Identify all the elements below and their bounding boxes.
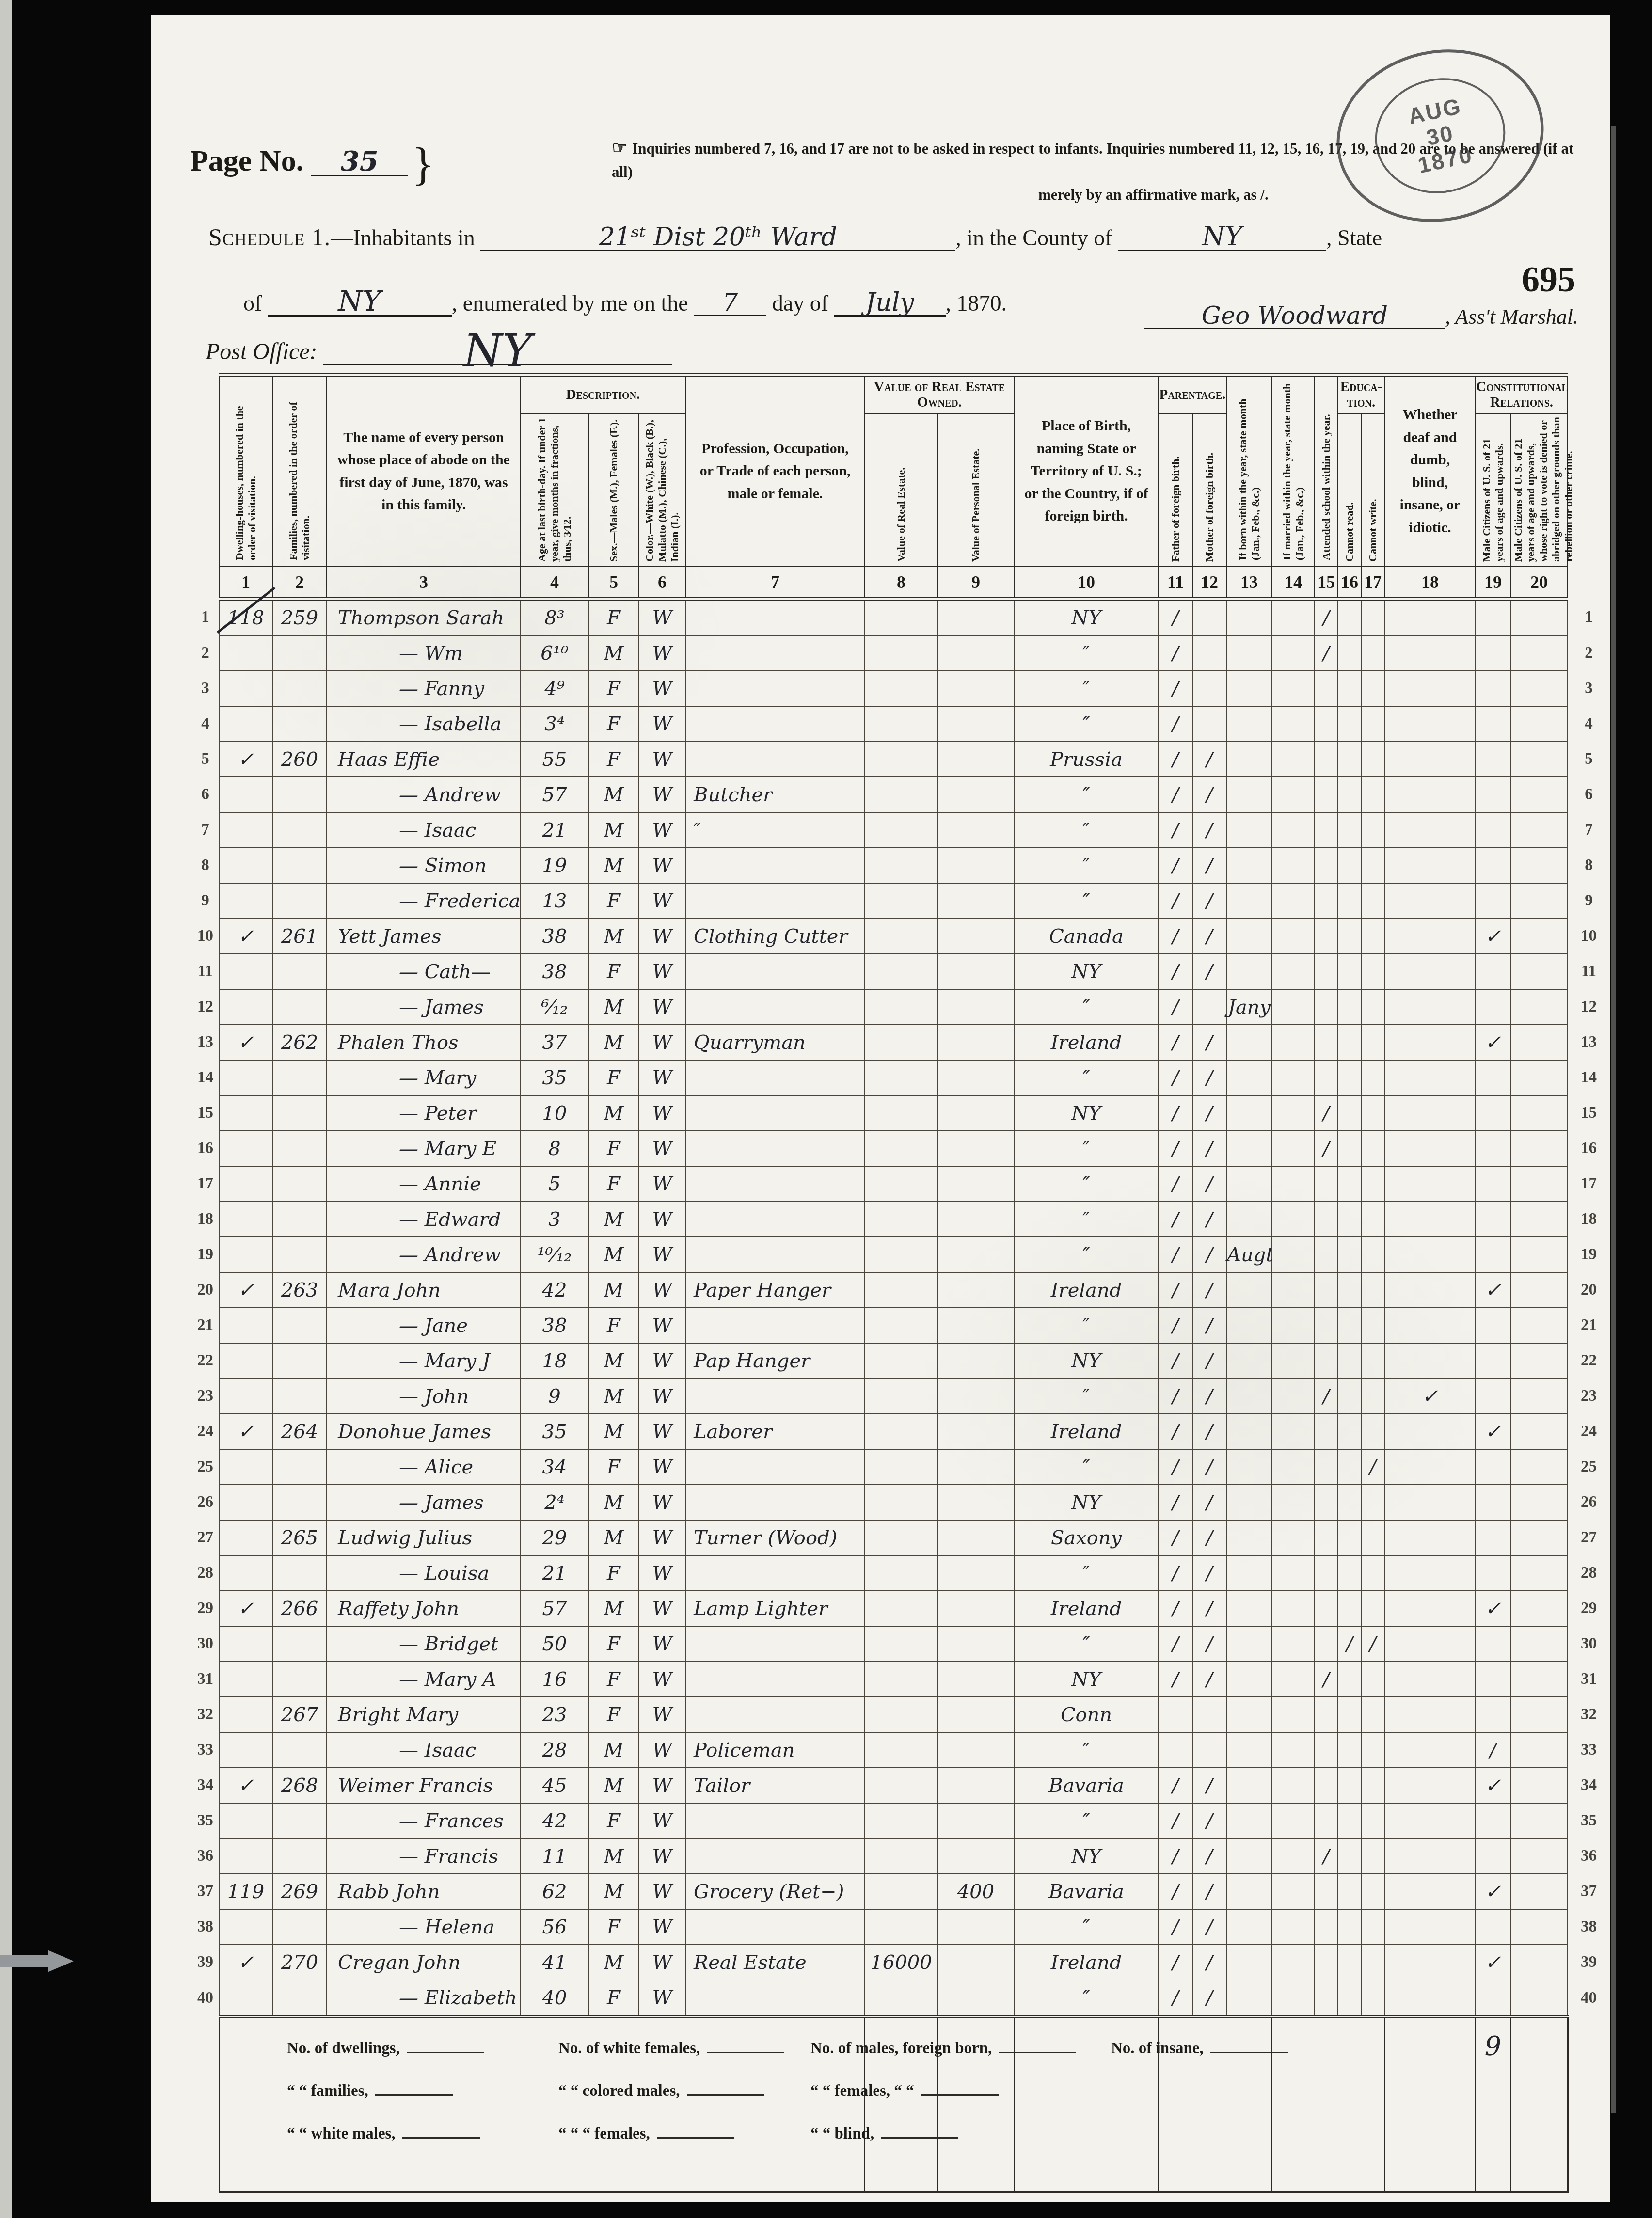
column-heading-15: Attended school within the year.: [1315, 375, 1338, 567]
cell-personal_estate: [937, 1732, 1014, 1768]
cell-c13: [1226, 1662, 1272, 1697]
cell-c20: [1510, 919, 1568, 954]
cell-name: — Helena: [327, 1909, 521, 1945]
cell-dwelling: [219, 1378, 272, 1414]
cell-c19: [1476, 635, 1510, 671]
cell-name: — Alice: [327, 1449, 521, 1485]
cell-c14: [1272, 1520, 1315, 1555]
cell-c20: [1510, 1662, 1568, 1697]
insane-count: 9: [1476, 2017, 1510, 2192]
cell-c12: /: [1192, 1520, 1226, 1555]
cell-age: 57: [521, 1591, 588, 1626]
line-number-left: 40: [192, 1980, 219, 2017]
cell-real_estate: [865, 954, 937, 989]
cell-c14: [1272, 1378, 1315, 1414]
cell-color: W: [639, 1343, 685, 1378]
cell-c18: [1384, 1414, 1476, 1449]
column-number: 4: [521, 567, 588, 599]
cell-real_estate: [865, 706, 937, 742]
cell-c19: [1476, 1237, 1510, 1272]
column-heading-14: If married within the year, state month …: [1272, 375, 1315, 567]
cell-sex: M: [588, 1485, 639, 1520]
cell-dwelling: 119: [219, 1874, 272, 1909]
cell-c17: [1361, 706, 1384, 742]
cell-c11: /: [1159, 919, 1192, 954]
cell-age: 3: [521, 1202, 588, 1237]
cell-name: Ludwig Julius: [327, 1520, 521, 1555]
cell-c17: [1361, 1272, 1384, 1308]
cell-real_estate: [865, 1768, 937, 1803]
cell-c16: [1338, 1803, 1361, 1838]
cell-c17: [1361, 1060, 1384, 1095]
cell-real_estate: [865, 1272, 937, 1308]
cell-c12: /: [1192, 1874, 1226, 1909]
cell-c14: [1272, 1838, 1315, 1874]
schedule-label: Schedule 1.: [208, 223, 331, 251]
cell-c17: [1361, 1414, 1384, 1449]
cell-c13: [1226, 1980, 1272, 2017]
cell-c11: /: [1159, 1980, 1192, 2017]
cell-real_estate: [865, 1131, 937, 1166]
table-row: 22— Mary J18MWPap HangerNY//22: [192, 1343, 1609, 1378]
cell-personal_estate: [937, 1449, 1014, 1485]
cell-c19: [1476, 671, 1510, 706]
cell-c17: [1361, 1555, 1384, 1591]
cell-c14: [1272, 1272, 1315, 1308]
cell-occupation: [685, 1166, 865, 1202]
cell-c17: [1361, 1768, 1384, 1803]
cell-age: 34: [521, 1449, 588, 1485]
line-number-right: 36: [1568, 1838, 1609, 1874]
table-row: 31— Mary A16FWNY///31: [192, 1662, 1609, 1697]
line-number-right: 7: [1568, 812, 1609, 848]
cell-age: 18: [521, 1343, 588, 1378]
cell-c18: [1384, 706, 1476, 742]
cell-personal_estate: [937, 1308, 1014, 1343]
cell-personal_estate: [937, 1909, 1014, 1945]
cell-c12: /: [1192, 1838, 1226, 1874]
cell-c17: [1361, 1378, 1384, 1414]
cell-name: Thompson Sarah: [327, 599, 521, 636]
footer-stat: [1111, 2080, 1319, 2100]
cell-c14: [1272, 1343, 1315, 1378]
cell-dwelling: [219, 1202, 272, 1237]
footer-stat-label: “ “ females, “ “: [810, 2082, 914, 2100]
cell-birthplace: ″: [1014, 706, 1159, 742]
cell-occupation: Pap Hanger: [685, 1343, 865, 1378]
footer-stat-blank: [687, 2080, 764, 2096]
cell-c17: [1361, 1945, 1384, 1980]
cell-occupation: Paper Hanger: [685, 1272, 865, 1308]
cell-personal_estate: [937, 1414, 1014, 1449]
line-number-left: 36: [192, 1838, 219, 1874]
column-number: 11: [1159, 567, 1192, 599]
cell-occupation: [685, 742, 865, 777]
table-row: 37119269Rabb John62MWGrocery (Ret−)400Ba…: [192, 1874, 1609, 1909]
cell-c18: [1384, 1166, 1476, 1202]
cell-c14: [1272, 1697, 1315, 1732]
line-number-left: 16: [192, 1131, 219, 1166]
cell-color: W: [639, 1202, 685, 1237]
line-number-left: 31: [192, 1662, 219, 1697]
cell-sex: M: [588, 1838, 639, 1874]
cell-dwelling: ✓: [219, 1768, 272, 1803]
cell-name: — Wm: [327, 635, 521, 671]
scan-edge-strip: [0, 0, 12, 2218]
marshal-signature: Geo Woodward: [1144, 303, 1445, 329]
column-number: 13: [1226, 567, 1272, 599]
cell-c17: [1361, 671, 1384, 706]
cell-c15: /: [1315, 1662, 1338, 1697]
column-heading-text: Value of Real Estate.: [894, 414, 908, 564]
cell-occupation: [685, 706, 865, 742]
line-number-left: 33: [192, 1732, 219, 1768]
footer-stat-blank: [881, 2123, 958, 2139]
cell-c17: [1361, 919, 1384, 954]
cell-birthplace: NY: [1014, 954, 1159, 989]
cell-sex: F: [588, 1909, 639, 1945]
cell-color: W: [639, 954, 685, 989]
table-row: 12— James⁶⁄₁₂MW″/Jany12: [192, 989, 1609, 1025]
cell-occupation: [685, 1980, 865, 2017]
cell-family: 264: [272, 1414, 327, 1449]
cell-c20: [1510, 883, 1568, 919]
cell-c11: /: [1159, 1449, 1192, 1485]
line-number-right: 34: [1568, 1768, 1609, 1803]
cell-c19: [1476, 1378, 1510, 1414]
cell-age: 16: [521, 1662, 588, 1697]
year-label: , 1870.: [946, 291, 1007, 316]
cell-c15: /: [1315, 599, 1338, 636]
cell-birthplace: ″: [1014, 1555, 1159, 1591]
cell-c15: [1315, 1308, 1338, 1343]
line-number-left: 23: [192, 1378, 219, 1414]
cell-family: 265: [272, 1520, 327, 1555]
cell-c12: /: [1192, 1626, 1226, 1662]
cell-c13: [1226, 1520, 1272, 1555]
cell-real_estate: [865, 1060, 937, 1095]
scan-right-edge: [1611, 126, 1616, 2113]
cell-sex: M: [588, 812, 639, 848]
cell-c15: [1315, 1768, 1338, 1803]
column-heading-text: Whether deaf and dumb, blind, insane, or…: [1385, 400, 1475, 543]
cell-c20: [1510, 1874, 1568, 1909]
line-number-right: 3: [1568, 671, 1609, 706]
cell-c19: [1476, 1308, 1510, 1343]
line-number-right: 37: [1568, 1874, 1609, 1909]
cell-c17: [1361, 777, 1384, 812]
cell-c11: /: [1159, 883, 1192, 919]
cell-age: 9: [521, 1378, 588, 1414]
cell-c16: [1338, 599, 1361, 636]
column-group-real_estate: Value of Real Estate Owned.: [865, 375, 1014, 414]
cell-color: W: [639, 1060, 685, 1095]
cell-c11: [1159, 1732, 1192, 1768]
cell-c19: [1476, 1166, 1510, 1202]
table-row: 27265Ludwig Julius29MWTurner (Wood)Saxon…: [192, 1520, 1609, 1555]
cell-c14: [1272, 1060, 1315, 1095]
cell-c20: [1510, 1060, 1568, 1095]
cell-name: — Frederica: [327, 883, 521, 919]
cell-color: W: [639, 1803, 685, 1838]
cell-birthplace: NY: [1014, 1095, 1159, 1131]
cell-birthplace: Ireland: [1014, 1272, 1159, 1308]
column-heading-text: Male Citizens of U. S. of 21 years of ag…: [1479, 414, 1507, 564]
table-row: 29✓266Raffety John57MWLamp LighterIrelan…: [192, 1591, 1609, 1626]
column-group-constitutional: Constitutional Relations.: [1476, 375, 1568, 414]
cell-c16: [1338, 1662, 1361, 1697]
cell-sex: F: [588, 1697, 639, 1732]
cell-dwelling: [219, 1662, 272, 1697]
cell-occupation: [685, 1237, 865, 1272]
cell-c13: [1226, 1803, 1272, 1838]
line-number-right: 6: [1568, 777, 1609, 812]
cell-birthplace: NY: [1014, 1662, 1159, 1697]
cell-family: 260: [272, 742, 327, 777]
cell-c17: [1361, 883, 1384, 919]
cell-c20: [1510, 599, 1568, 636]
cell-c19: [1476, 1980, 1510, 2017]
cell-age: 2⁴: [521, 1485, 588, 1520]
cell-c12: /: [1192, 1378, 1226, 1414]
line-number-left: 18: [192, 1202, 219, 1237]
table-row: 40— Elizabeth40FW″//40: [192, 1980, 1609, 2017]
cell-c13: [1226, 1449, 1272, 1485]
cell-c13: Augt: [1226, 1237, 1272, 1272]
cell-birthplace: ″: [1014, 989, 1159, 1025]
table-row: 34✓268Weimer Francis45MWTailorBavaria//✓…: [192, 1768, 1609, 1803]
table-row: 3— Fanny4⁹FW″/3: [192, 671, 1609, 706]
cell-color: W: [639, 1272, 685, 1308]
column-heading-3: The name of every person whose place of …: [327, 375, 521, 567]
cell-age: 10: [521, 1095, 588, 1131]
cell-dwelling: [219, 954, 272, 989]
cell-birthplace: ″: [1014, 1202, 1159, 1237]
cell-c13: [1226, 1768, 1272, 1803]
sheet-number: 695: [1522, 259, 1575, 301]
cell-c13: [1226, 919, 1272, 954]
cell-c19: [1476, 1449, 1510, 1485]
cell-personal_estate: [937, 1272, 1014, 1308]
cell-c16: [1338, 1980, 1361, 2017]
cell-real_estate: [865, 1980, 937, 2017]
cell-c18: [1384, 1555, 1476, 1591]
column-heading-text: Profession, Occupation, or Trade of each…: [686, 434, 864, 509]
cell-c20: [1510, 989, 1568, 1025]
cell-c15: [1315, 1945, 1338, 1980]
column-number: 7: [685, 567, 865, 599]
cell-c18: [1384, 1732, 1476, 1768]
line-number-right: 19: [1568, 1237, 1609, 1272]
cell-dwelling: [219, 1520, 272, 1555]
cell-age: 57: [521, 777, 588, 812]
cell-occupation: [685, 1662, 865, 1697]
cell-birthplace: ″: [1014, 635, 1159, 671]
cell-c16: [1338, 1874, 1361, 1909]
cell-dwelling: ✓: [219, 1025, 272, 1060]
line-number-left: 1: [192, 599, 219, 636]
column-heading-18: Whether deaf and dumb, blind, insane, or…: [1384, 375, 1476, 567]
column-number: 6: [639, 567, 685, 599]
state-field: NY: [268, 287, 452, 317]
line-number-right: 1: [1568, 599, 1609, 636]
cell-c19: [1476, 1555, 1510, 1591]
post-office-line: Post Office: NY: [206, 331, 672, 365]
column-number: 8: [865, 567, 937, 599]
cell-c14: [1272, 1662, 1315, 1697]
cell-name: — Mary A: [327, 1662, 521, 1697]
cell-sex: M: [588, 1095, 639, 1131]
cell-personal_estate: [937, 1662, 1014, 1697]
cell-c15: [1315, 1414, 1338, 1449]
cell-birthplace: Ireland: [1014, 1025, 1159, 1060]
cell-c11: /: [1159, 1025, 1192, 1060]
cell-c12: /: [1192, 1485, 1226, 1520]
cell-personal_estate: [937, 1202, 1014, 1237]
cell-birthplace: Bavaria: [1014, 1874, 1159, 1909]
cell-c16: [1338, 1555, 1361, 1591]
cell-birthplace: ″: [1014, 1449, 1159, 1485]
cell-color: W: [639, 1838, 685, 1874]
cell-c14: [1272, 671, 1315, 706]
cell-c18: [1384, 1237, 1476, 1272]
schedule-title-line: Schedule 1.—Inhabitants in 21ˢᵗ Dist 20ᵗ…: [208, 223, 1382, 251]
cell-age: 55: [521, 742, 588, 777]
line-number-right: 5: [1568, 742, 1609, 777]
column-group-education: Educa-tion.: [1338, 375, 1384, 414]
column-number: 15: [1315, 567, 1338, 599]
cell-dwelling: [219, 1485, 272, 1520]
cell-c12: /: [1192, 1343, 1226, 1378]
cell-dwelling: [219, 1060, 272, 1095]
cell-c18: [1384, 954, 1476, 989]
cell-c12: [1192, 635, 1226, 671]
cell-c13: [1226, 1095, 1272, 1131]
cell-name: — Jane: [327, 1308, 521, 1343]
cell-color: W: [639, 1874, 685, 1909]
footer-stats: No. of dwellings,No. of white females,No…: [219, 2015, 1416, 2143]
cell-dwelling: [219, 671, 272, 706]
cell-color: W: [639, 1131, 685, 1166]
cell-c15: [1315, 1697, 1338, 1732]
page-no-value: 35: [311, 148, 408, 176]
line-number-right: 20: [1568, 1272, 1609, 1308]
cell-age: 8: [521, 1131, 588, 1166]
cell-c14: [1272, 1732, 1315, 1768]
cell-c20: [1510, 1803, 1568, 1838]
table-row: 32267Bright Mary23FWConn32: [192, 1697, 1609, 1732]
cell-c20: [1510, 1697, 1568, 1732]
cell-c16: [1338, 1732, 1361, 1768]
cell-birthplace: Saxony: [1014, 1520, 1159, 1555]
cell-dwelling: 118: [219, 599, 272, 636]
cell-c11: /: [1159, 1874, 1192, 1909]
cell-c19: [1476, 599, 1510, 636]
cell-age: 29: [521, 1520, 588, 1555]
cell-c16: [1338, 1343, 1361, 1378]
footer-stat-label: “ “ “ females,: [558, 2125, 650, 2142]
cell-c19: ✓: [1476, 1945, 1510, 1980]
cell-dwelling: [219, 1732, 272, 1768]
cell-real_estate: [865, 1874, 937, 1909]
cell-c11: /: [1159, 1803, 1192, 1838]
cell-c19: [1476, 1803, 1510, 1838]
cell-sex: M: [588, 1591, 639, 1626]
cell-real_estate: [865, 919, 937, 954]
column-heading-8: Value of Real Estate.: [865, 414, 937, 567]
column-number: 2: [272, 567, 327, 599]
cell-c16: [1338, 1449, 1361, 1485]
cell-occupation: Tailor: [685, 1768, 865, 1803]
cell-c20: [1510, 777, 1568, 812]
footer-stat-blank: [999, 2037, 1076, 2053]
table-row: 21— Jane38FW″//21: [192, 1308, 1609, 1343]
cell-name: — Andrew: [327, 1237, 521, 1272]
cell-c14: [1272, 1980, 1315, 2017]
schedule-text: —Inhabitants in: [331, 225, 475, 250]
column-number: 5: [588, 567, 639, 599]
column-heading-text: Mother of foreign birth.: [1202, 414, 1217, 564]
cell-real_estate: [865, 671, 937, 706]
line-number-left: 37: [192, 1874, 219, 1909]
footer-stat-label: No. of males, foreign born,: [810, 2040, 992, 2057]
cell-birthplace: Conn: [1014, 1697, 1159, 1732]
cell-c11: /: [1159, 1485, 1192, 1520]
cell-family: [272, 1237, 327, 1272]
cell-c11: /: [1159, 1626, 1192, 1662]
cell-real_estate: [865, 1838, 937, 1874]
cell-family: [272, 706, 327, 742]
cell-birthplace: ″: [1014, 671, 1159, 706]
cell-c16: [1338, 919, 1361, 954]
cell-age: 6¹⁰: [521, 635, 588, 671]
table-row: 2— Wm6¹⁰MW″//2: [192, 635, 1609, 671]
cell-age: 19: [521, 848, 588, 883]
column-heading-text: Value of Personal Estate.: [969, 414, 983, 564]
line-number-left: 2: [192, 635, 219, 671]
cell-dwelling: [219, 883, 272, 919]
footer-stat-label: “ “ white males,: [287, 2125, 396, 2142]
cell-c13: [1226, 812, 1272, 848]
cell-color: W: [639, 777, 685, 812]
cell-c16: [1338, 706, 1361, 742]
cell-c18: [1384, 1980, 1476, 2017]
cell-birthplace: NY: [1014, 599, 1159, 636]
line-number-left: 7: [192, 812, 219, 848]
cell-age: 38: [521, 954, 588, 989]
arrow-head-icon: [48, 1950, 74, 1972]
footer-stat: No. of white females,: [558, 2037, 810, 2058]
cell-age: 35: [521, 1060, 588, 1095]
line-number-left: 22: [192, 1343, 219, 1378]
row-pointer-arrow: [0, 1950, 76, 1972]
cell-c11: /: [1159, 989, 1192, 1025]
cell-name: — Louisa: [327, 1555, 521, 1591]
schedule-line-2: of NY, enumerated by me on the 7 day of …: [243, 287, 1007, 317]
table-body: 1118259Thompson Sarah8³FWNY//12— Wm6¹⁰MW…: [192, 599, 1609, 2017]
cell-color: W: [639, 1520, 685, 1555]
column-heading-text: Age at last birth-day. If under 1 year, …: [535, 414, 574, 564]
cell-c13: [1226, 1697, 1272, 1732]
cell-occupation: Laborer: [685, 1414, 865, 1449]
cell-birthplace: ″: [1014, 1237, 1159, 1272]
margin-head: [192, 375, 219, 599]
cell-real_estate: [865, 1202, 937, 1237]
cell-personal_estate: [937, 1626, 1014, 1662]
cell-c15: [1315, 1449, 1338, 1485]
cell-c16: [1338, 635, 1361, 671]
cell-c13: [1226, 1909, 1272, 1945]
